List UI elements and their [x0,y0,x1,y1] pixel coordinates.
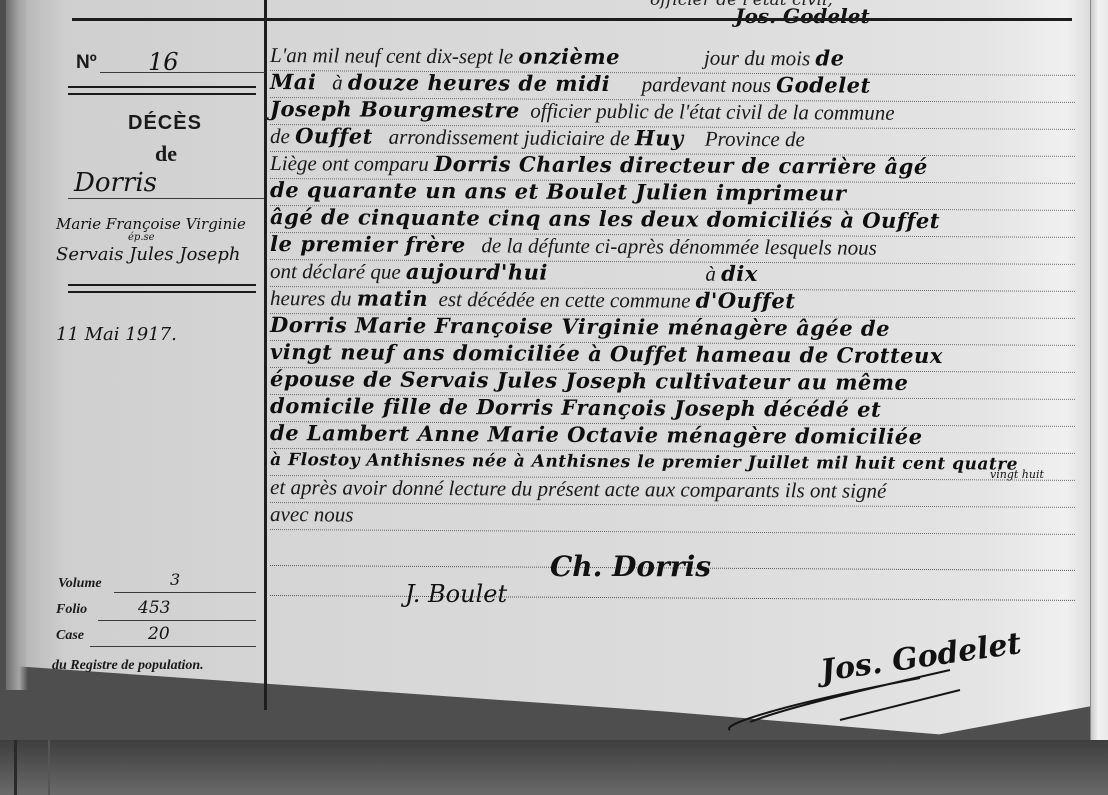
underlying-page-edge [14,740,17,795]
deces-de: de [155,141,177,167]
margin-column: Nº 16 DÉCÈS de Dorris Marie Françoise Vi… [0,0,264,740]
volume-value: 3 [170,570,180,589]
deceased-surname: Dorris [74,168,157,198]
folio-value: 453 [138,598,170,618]
case-value: 20 [148,624,170,644]
deceased-given-names: Marie Françoise Virginie [56,215,246,233]
signature-declarant-2: J. Boulet [405,580,507,608]
folio-underline [98,620,256,621]
signature-flourish [720,650,980,740]
double-rule-1 [68,86,256,95]
spouse-name: Servais Jules Joseph [56,244,240,265]
double-rule-2 [68,284,256,293]
case-underline [90,646,256,647]
case-label: Case [56,628,84,644]
underlying-page-rule [48,740,50,795]
underlying-page [0,740,1108,795]
act-number-underline [100,72,265,73]
volume-underline [114,592,256,593]
death-date: 11 Mai 1917. [56,324,177,345]
act-number-label: Nº [76,52,97,74]
margin-column-divider [264,0,267,710]
surname-underline [68,198,264,199]
spouse-label: ép.se [128,232,155,243]
previous-act-signature: Jos. Godelet [735,4,870,28]
registry-footer: du Registre de population. [52,658,204,674]
volume-label: Volume [58,576,102,592]
deces-heading: DÉCÈS [128,112,202,135]
folio-label: Folio [56,602,87,618]
act-number-value: 16 [148,48,179,76]
signature-declarant-1: Ch. Dorris [550,550,711,583]
page-right-edge [1090,0,1108,740]
body-line-18: avec nous [270,499,1075,535]
scanned-document: officier de l'état civil, Jos. Godelet N… [0,0,1108,795]
